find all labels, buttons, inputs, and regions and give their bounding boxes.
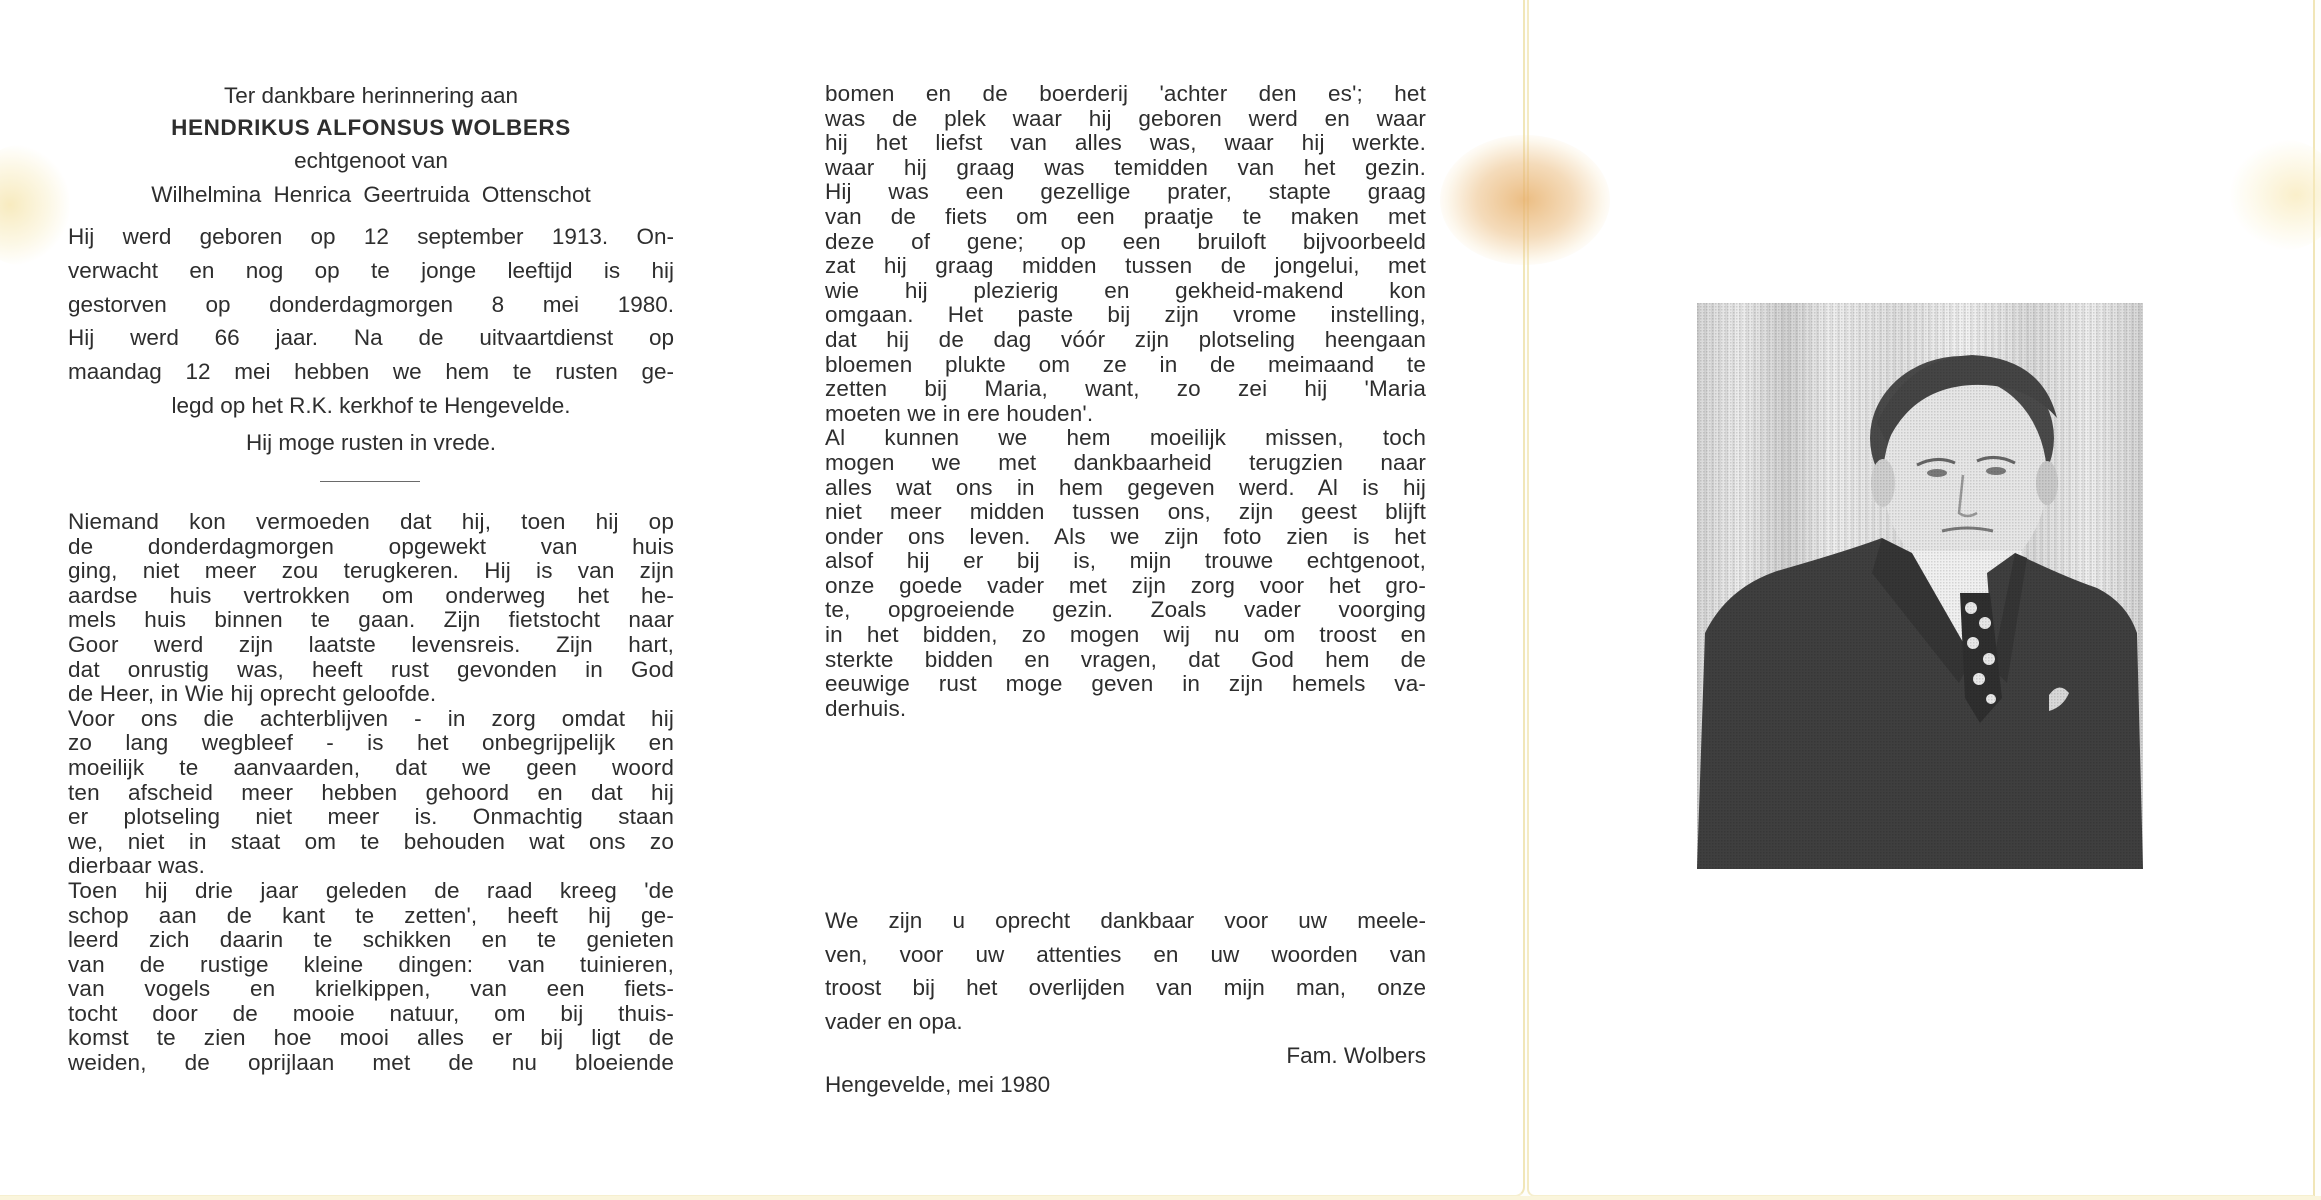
portrait-illustration (1697, 303, 2143, 869)
memorial-text-left: Niemand kon vermoeden dat hij, toen hij … (68, 510, 674, 1076)
memorial-line: dat onrustig was, heeft rust gevonden in… (68, 658, 674, 683)
memorial-line: eeuwige rust moge geven in zijn hemels v… (825, 672, 1426, 697)
deceased-name: HENDRIKUS ALFONSUS WOLBERS (68, 113, 674, 143)
bio-line: verwacht en nog op te jonge leeftijd is … (68, 254, 674, 288)
memorial-line: bloemen plukte om ze in de meimaand te (825, 353, 1426, 378)
memorial-line: alsof hij er bij is, mijn trouwe echtgen… (825, 549, 1426, 574)
spouse-name: Wilhelmina Henrica Geertruida Ottenschot (68, 180, 674, 210)
memorial-line: komst te zien hoe mooi alles er bij ligt… (68, 1026, 674, 1051)
memorial-line: dierbaar was. (68, 854, 674, 879)
divider-line (320, 481, 420, 482)
bio-line: Hij werd 66 jaar. Na de uitvaartdienst o… (68, 321, 674, 355)
memorial-line: sterkte bidden en vragen, dat God hem de (825, 648, 1426, 673)
memorial-line: derhuis. (825, 697, 1426, 722)
memorial-line: mogen we met dankbaarheid terugzien naar (825, 451, 1426, 476)
memorial-line: van de rustige kleine dingen: van tuinie… (68, 953, 674, 978)
memorial-line: onder ons leven. Als we zijn foto zien i… (825, 525, 1426, 550)
memorial-line: alles wat ons in hem gegeven werd. Al is… (825, 476, 1426, 501)
memorial-line: wie hij plezierig en gekheid-makend kon (825, 279, 1426, 304)
memorial-line: dat hij de dag vóór zijn plotseling heen… (825, 328, 1426, 353)
memorial-line: Voor ons die achterblijven - in zorg omd… (68, 707, 674, 732)
biography: Hij werd geboren op 12 september 1913. O… (68, 220, 674, 423)
memorial-line: Hij was een gezellige prater, stapte gra… (825, 180, 1426, 205)
memorial-line: was de plek waar hij geboren werd en waa… (825, 107, 1426, 132)
memorial-line: zetten bij Maria, want, zo zei hij 'Mari… (825, 377, 1426, 402)
memorial-line: hij het liefst van alles was, waar hij w… (825, 131, 1426, 156)
memorial-line: weiden, de oprijlaan met de nu bloeiende (68, 1051, 674, 1076)
memorial-line: moeten we in ere houden'. (825, 402, 1426, 427)
memorial-line: van de fiets om een praatje te maken met (825, 205, 1426, 230)
memorial-line: aardse huis vertrokken om onderweg het h… (68, 584, 674, 609)
memorial-line: mels huis binnen te gaan. Zijn fietstoch… (68, 608, 674, 633)
memorial-line: niet meer midden tussen ons, zijn geest … (825, 500, 1426, 525)
rest-in-peace: Hij moge rusten in vrede. (68, 428, 674, 458)
bio-line: Hij werd geboren op 12 september 1913. O… (68, 220, 674, 254)
memorial-line: Goor werd zijn laatste levensreis. Zijn … (68, 633, 674, 658)
bio-line: legd op het R.K. kerkhof te Hengevelde. (68, 389, 674, 423)
memorial-line: te, opgroeiende gezin. Zoals vader voorg… (825, 598, 1426, 623)
memorial-line: moeilijk te aanvaarden, dat we geen woor… (68, 756, 674, 781)
memorial-line: onze goede vader met zijn zorg voor het … (825, 574, 1426, 599)
memorial-line: tocht door de mooie natuur, om bij thuis… (68, 1002, 674, 1027)
memorial-line: waar hij graag was temidden van het gezi… (825, 156, 1426, 181)
memorial-line: deze of gene; op een bruiloft bijvoorbee… (825, 230, 1426, 255)
memorial-line: in het bidden, zo mogen wij nu om troost… (825, 623, 1426, 648)
memorial-line: ging, niet meer zou terugkeren. Hij is v… (68, 559, 674, 584)
thanks-line: ven, voor uw attenties en uw woorden van (825, 938, 1426, 972)
memorial-text-middle: bomen en de boerderij 'achter den es'; h… (825, 82, 1426, 721)
memorial-line: Niemand kon vermoeden dat hij, toen hij … (68, 510, 674, 535)
thanks-line: We zijn u oprecht dankbaar voor uw meele… (825, 904, 1426, 938)
memorial-line: bomen en de boerderij 'achter den es'; h… (825, 82, 1426, 107)
memorial-line: zo lang wegbleef - is het onbegrijpelijk… (68, 731, 674, 756)
thanks-line: troost bij het overlijden van mijn man, … (825, 971, 1426, 1005)
memorial-line: Al kunnen we hem moeilijk missen, toch (825, 426, 1426, 451)
portrait-photo (1697, 303, 2143, 869)
memorial-line: leerd zich daarin te schikken en te geni… (68, 928, 674, 953)
memorial-line: zat hij graag midden tussen de jongelui,… (825, 254, 1426, 279)
scan-bottom-edge (0, 1196, 2321, 1200)
memorial-line: ten afscheid meer hebben gehoord en dat … (68, 781, 674, 806)
memorial-line: de Heer, in Wie hij oprecht geloofde. (68, 682, 674, 707)
bio-line: maandag 12 mei hebben we hem te rusten g… (68, 355, 674, 389)
dedication-intro: Ter dankbare herinnering aan (68, 81, 674, 111)
memorial-line: Toen hij drie jaar geleden de raad kreeg… (68, 879, 674, 904)
memorial-line: we, niet in staat om te behouden wat ons… (68, 830, 674, 855)
memorial-line: omgaan. Het paste bij zijn vrome instell… (825, 303, 1426, 328)
place-date: Hengevelde, mei 1980 (825, 1070, 1050, 1100)
memorial-line: de donderdagmorgen opgewekt van huis (68, 535, 674, 560)
memorial-line: schop aan de kant te zetten', heeft hij … (68, 904, 674, 929)
memorial-line: er plotseling niet meer is. Onmachtig st… (68, 805, 674, 830)
thank-you-note: We zijn u oprecht dankbaar voor uw meele… (825, 904, 1426, 1038)
bio-line: gestorven op donderdagmorgen 8 mei 1980. (68, 288, 674, 322)
relation-label: echtgenoot van (68, 146, 674, 176)
thanks-line: vader en opa. (825, 1005, 1426, 1039)
signature: Fam. Wolbers (1286, 1041, 1426, 1071)
memorial-line: van vogels en krielkippen, van een fiets… (68, 977, 674, 1002)
